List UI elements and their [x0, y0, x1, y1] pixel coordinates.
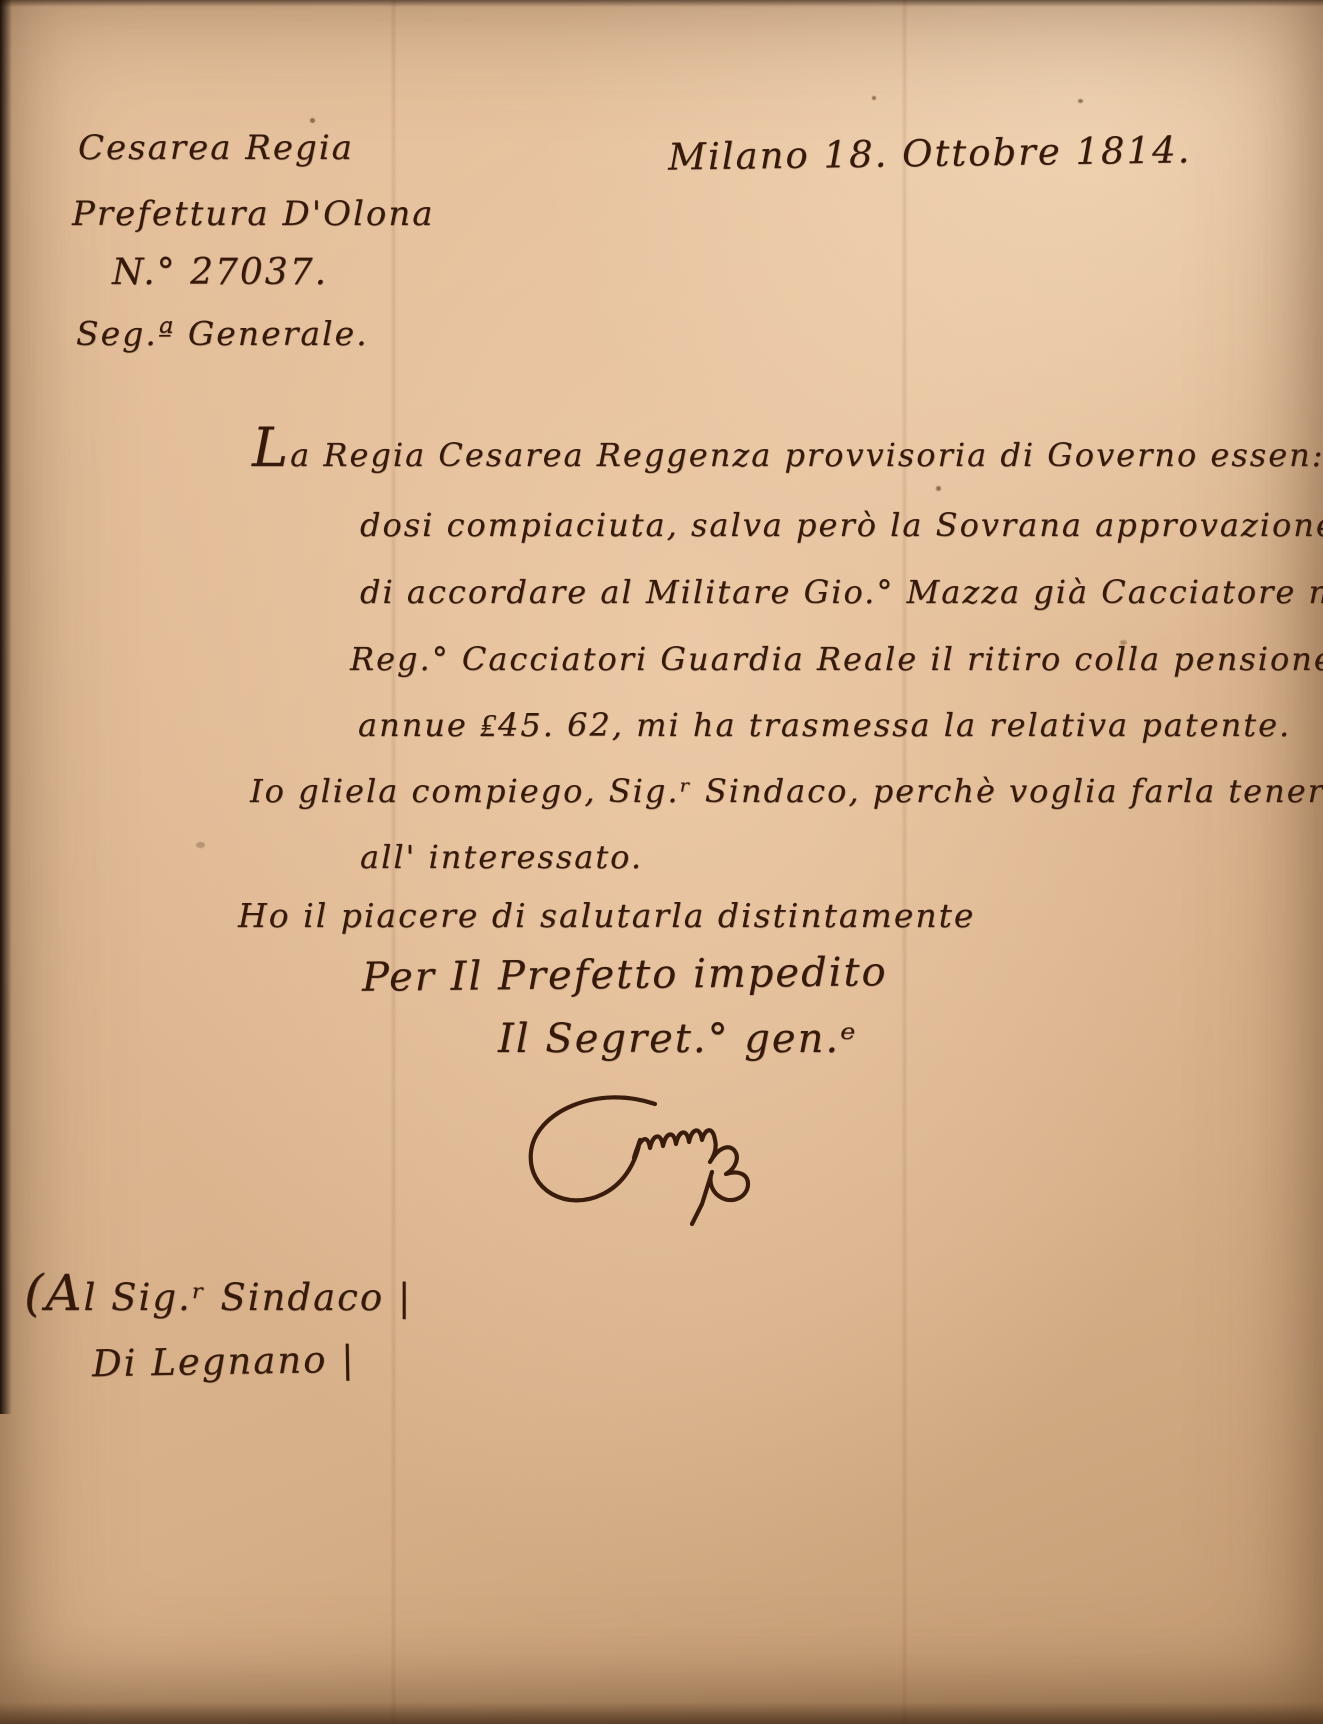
- ink-speck: [196, 842, 205, 848]
- ink-speck: [310, 118, 315, 123]
- body-line: Reg.° Cacciatori Guardia Reale il ritiro…: [350, 640, 1323, 678]
- body-line: Ho il piacere di salutarla distintamente: [238, 896, 975, 935]
- letter-page: Cesarea Regia Prefettura D'Olona N.° 270…: [0, 0, 1323, 1724]
- closing-secretary-role: Il Segret.° gen.ᵉ: [498, 1016, 858, 1062]
- dateline: Milano 18. Ottobre 1814.: [668, 128, 1192, 178]
- letterhead-office-line: Cesarea Regia: [78, 128, 354, 168]
- paper-fold-line: [903, 0, 906, 1724]
- closing-per-prefetto: Per Il Prefetto impedito: [362, 949, 888, 1001]
- recipient-line: (Al Sig.ʳ Sindaco |: [24, 1276, 412, 1319]
- letterhead-office-line: Seg.ª Generale.: [76, 314, 369, 353]
- ink-speck: [872, 96, 876, 100]
- body-line: di accordare al Militare Gio.° Mazza già…: [360, 573, 1323, 611]
- ink-speck: [936, 486, 941, 491]
- scan-edge-shadow: [0, 1702, 1323, 1724]
- ink-speck: [1078, 99, 1083, 103]
- scan-edge-shadow: [0, 0, 12, 1414]
- body-line: La Regia Cesarea Reggenza provvisoria di…: [252, 436, 1323, 474]
- body-line: Io gliela compiego, Sig.ʳ Sindaco, perch…: [250, 772, 1323, 810]
- recipient-line: Di Legnano |: [92, 1338, 356, 1386]
- scan-edge-shadow: [0, 0, 1323, 7]
- body-line: dosi compiaciuta, salva però la Sovrana …: [360, 506, 1323, 544]
- signature-flourish: [505, 1082, 815, 1232]
- body-line: all' interessato.: [360, 838, 643, 876]
- letterhead-protocol-number: N.° 27037.: [112, 252, 328, 293]
- letterhead-office-line: Prefettura D'Olona: [72, 194, 435, 234]
- body-line: annue ₤45. 62, mi ha trasmessa la relati…: [358, 706, 1291, 744]
